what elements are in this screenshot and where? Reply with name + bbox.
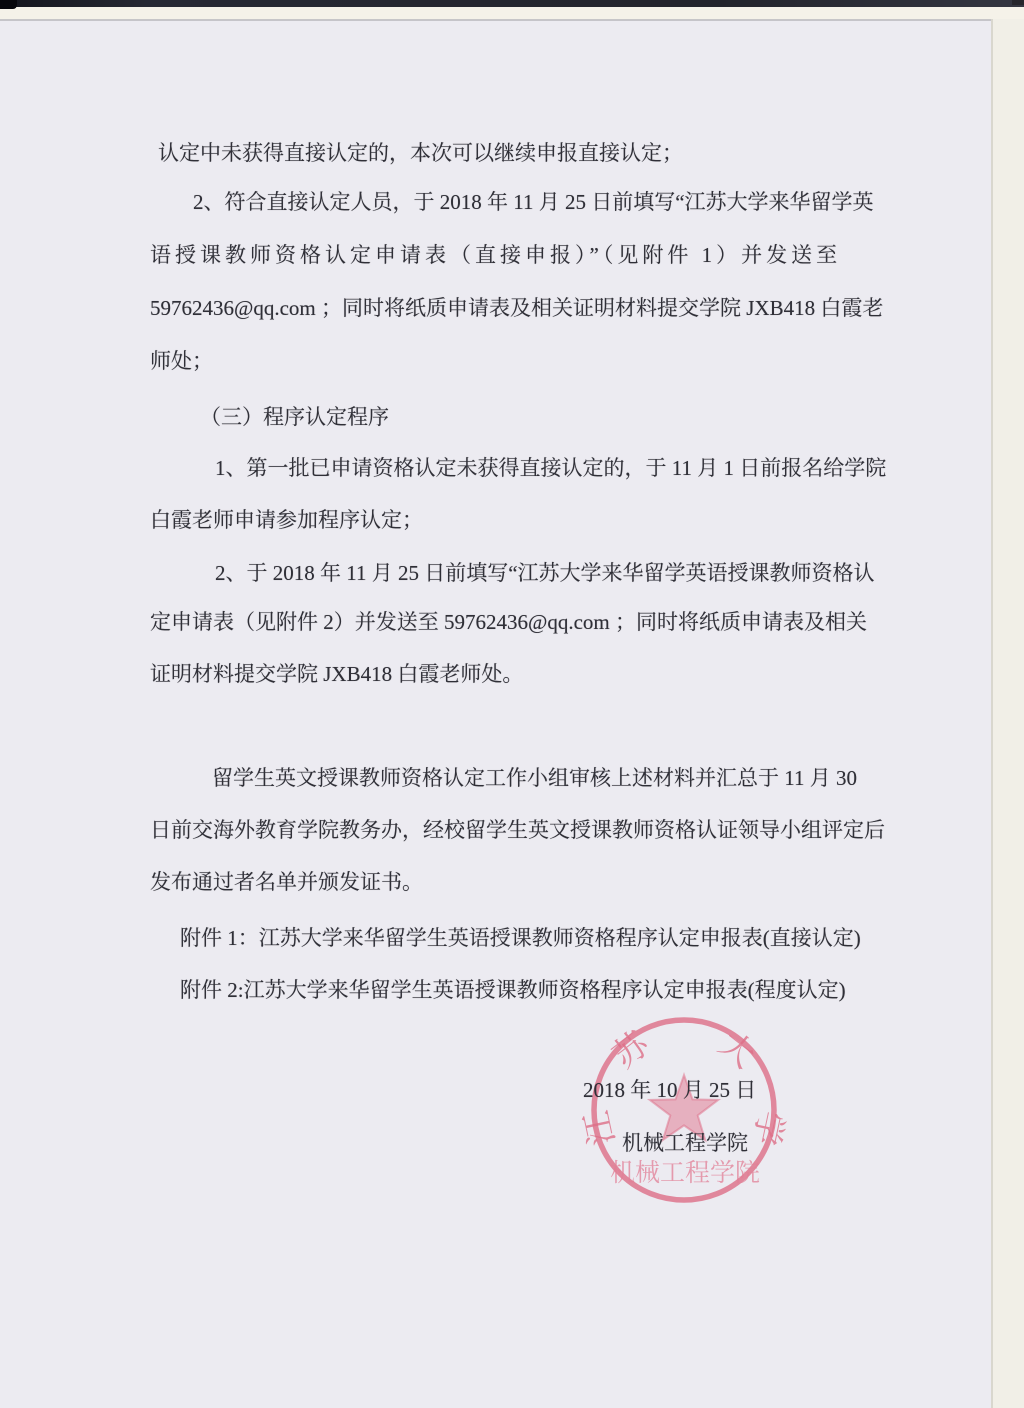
text-line: （三）程序认定程序	[200, 407, 389, 428]
text-line: 师处；	[150, 351, 213, 372]
document-lines: 认定中未获得直接认定的，本次可以继续申报直接认定；2、符合直接认定人员，于 20…	[0, 0, 1024, 1408]
text-line: 59762436@qq.com ；同时将纸质申请表及相关证明材料提交学院 JXB…	[150, 298, 883, 319]
official-seal-stamp: 江 苏 大 学 机械工程学院	[575, 1003, 793, 1215]
signature-date: 2018 年 10 月 25 日	[583, 1080, 756, 1101]
text-line: 附件 2:江苏大学来华留学生英语授课教师资格程序认定申报表(程度认定)	[180, 980, 846, 1001]
stamp-bottom-text: 机械工程学院	[610, 1159, 760, 1187]
stamp-arc-char: 苏	[606, 1024, 657, 1075]
text-line: 白霞老师申请参加程序认定；	[150, 510, 423, 531]
text-line: 证明材料提交学院 JXB418 白霞老师处。	[150, 664, 523, 685]
text-line: 2、于 2018 年 11 月 25 日前填写“江苏大学来华留学英语授课教师资格…	[215, 563, 875, 584]
signature-department: 机械工程学院	[622, 1133, 748, 1154]
stamp-arc-char: 大	[712, 1025, 762, 1076]
text-line: 日前交海外教育学院教务办，经校留学生英文授课教师资格认证领导小组评定后	[150, 820, 885, 841]
text-line: 留学生英文授课教师资格认定工作小组审核上述材料并汇总于 11 月 30	[212, 768, 857, 789]
text-line: 语授课教师资格认定申请表（直接申报）”（见附件 1）并发送至	[150, 245, 841, 266]
stamp-arc-char: 江	[579, 1107, 622, 1148]
text-line: 发布通过者名单并颁发证书。	[150, 872, 423, 893]
text-line: 附件 1：江苏大学来华留学生英语授课教师资格程序认定申报表(直接认定)	[180, 928, 861, 949]
text-line: 认定中未获得直接认定的，本次可以继续申报直接认定；	[158, 143, 683, 164]
stamp-arc-char: 学	[746, 1107, 790, 1148]
text-line: 2、符合直接认定人员，于 2018 年 11 月 25 日前填写“江苏大学来华留…	[193, 192, 874, 213]
text-line: 定申请表（见附件 2）并发送至 59762436@qq.com ；同时将纸质申请…	[150, 612, 867, 633]
text-line: 1、第一批已申请资格认定未获得直接认定的，于 11 月 1 日前报名给学院	[215, 458, 886, 479]
